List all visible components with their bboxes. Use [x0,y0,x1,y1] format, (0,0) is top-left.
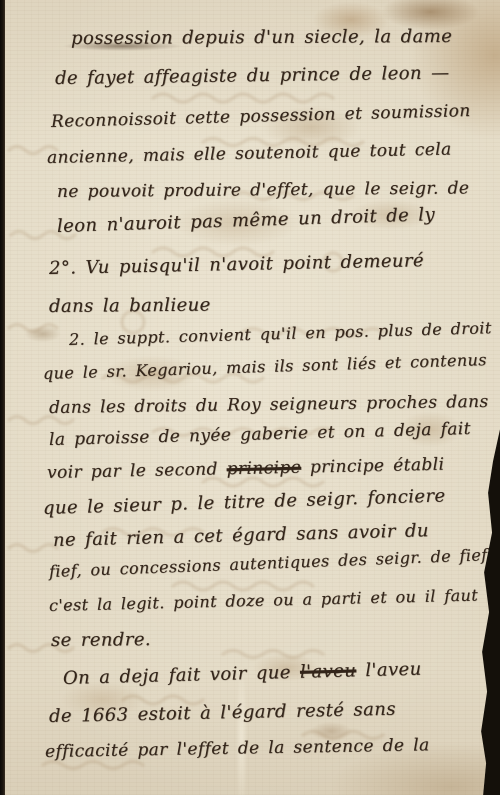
text-line-11: dans les droits du Roy seigneurs proches… [49,392,489,418]
text-line-7: 2°. Vu puisqu'il n'avoit point demeuré [49,250,424,279]
text-line-13: voir par le second principe principe éta… [47,455,445,483]
text-line-6: leon n'auroit pas même un droit de ly [57,204,436,237]
text-line-14: que le sieur p. le titre de seigr. fonci… [43,485,446,519]
struck-word: principe [226,458,301,480]
text-line-3: Reconnoissoit cette possession et soumis… [51,101,471,132]
text-line-15: ne fait rien a cet égard sans avoir du [53,520,429,551]
text-line-4: ancienne, mais elle soutenoit que tout c… [47,140,452,168]
text-line-19: On a deja fait voir que l'aveu l'aveu [63,659,422,689]
text-line-5: ne pouvoit produire d'effet, que le seig… [57,178,469,202]
text-line-20: de 1663 estoit à l'égard resté sans [49,699,396,727]
text-line-8: dans la banlieue [49,295,211,317]
handwritten-text: possession depuis d'un siecle, la dame d… [3,0,500,795]
text-line-9: 2. le suppt. convient qu'il en pos. plus… [69,318,500,349]
struck-word: l'aveu [300,660,357,682]
text-line-12: la paroisse de nyée gaberie et on a deja… [49,419,471,450]
text-line-21: efficacité par l'effet de la sentence de… [45,735,430,762]
manuscript-page: possession depuis d'un siecle, la dame d… [3,0,500,795]
manuscript-photo: possession depuis d'un siecle, la dame d… [0,0,500,795]
text-line-18: se rendre. [51,629,151,651]
text-line-16: fief, ou concessions autentiques des sei… [49,545,488,581]
text-line-10: que le sr. Kegariou, mais ils sont liés … [43,350,487,383]
text-line-17: c'est la legit. point doze ou a parti et… [49,586,478,615]
text-line-2: de fayet affeagiste du prince de leon — [55,62,450,89]
text-line-1: possession depuis d'un siecle, la dame [71,26,452,49]
page-binding-edge [0,0,5,795]
